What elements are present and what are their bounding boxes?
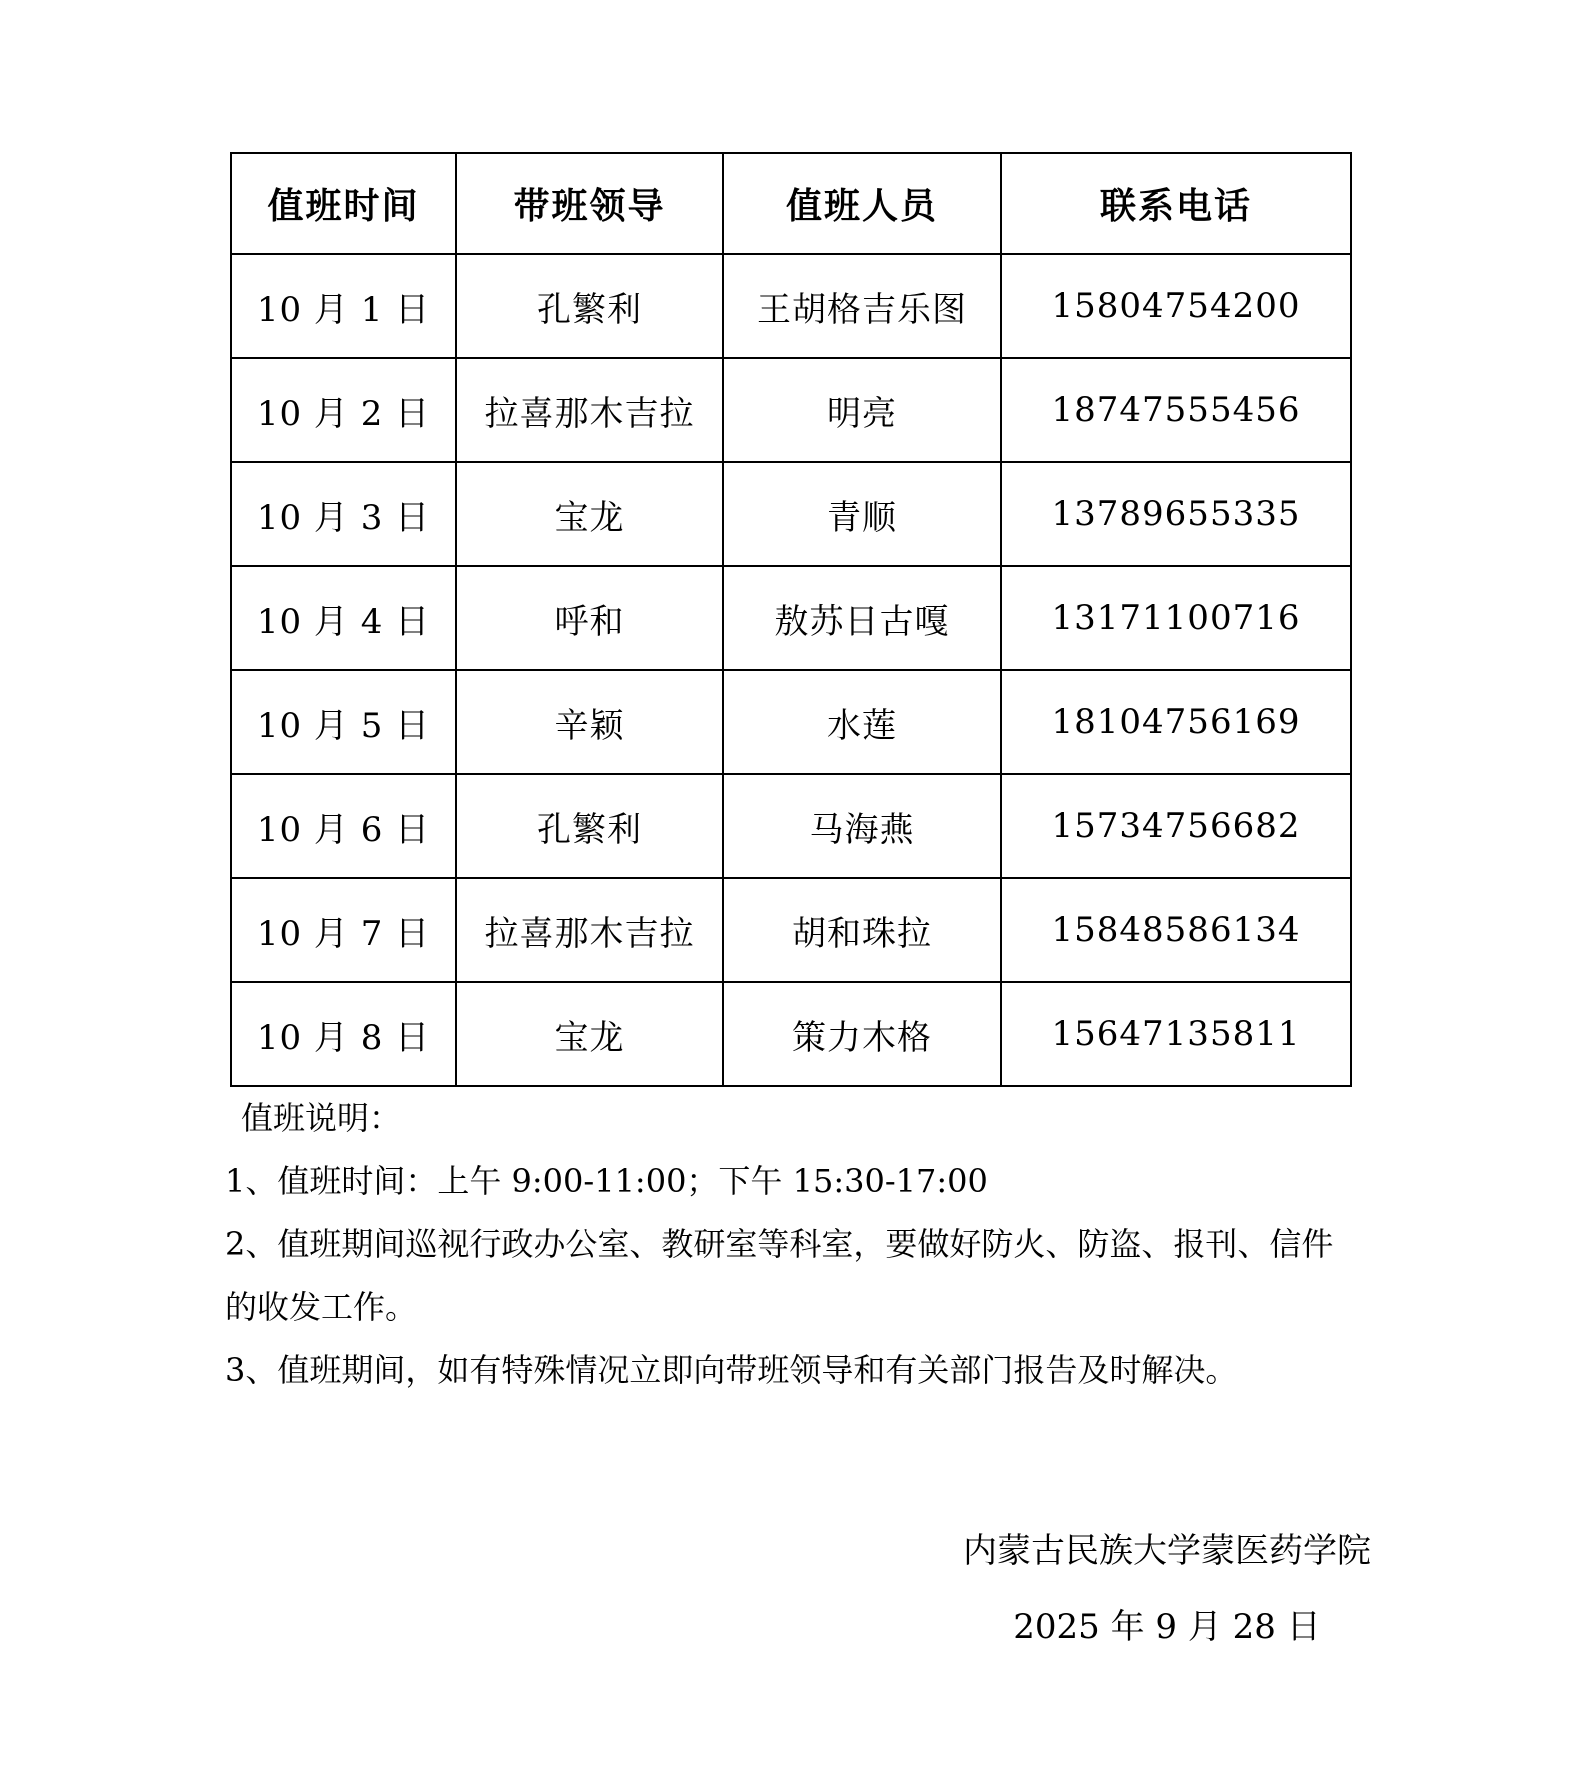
cell-duty-date: 10 月 6 日 — [231, 774, 456, 878]
table-row: 10 月 2 日 拉喜那木吉拉 明亮 18747555456 — [231, 358, 1351, 462]
cell-duty-date: 10 月 7 日 — [231, 878, 456, 982]
cell-contact-phone: 13789655335 — [1001, 462, 1351, 566]
table-row: 10 月 3 日 宝龙 青顺 13789655335 — [231, 462, 1351, 566]
cell-duty-date: 10 月 2 日 — [231, 358, 456, 462]
cell-contact-phone: 15647135811 — [1001, 982, 1351, 1086]
header-duty-person: 值班人员 — [723, 153, 1001, 254]
note-item-2-line-1: 2、值班期间巡视行政办公室、教研室等科室，要做好防火、防盗、报刊、信件 — [225, 1213, 1415, 1276]
table-row: 10 月 5 日 辛颖 水莲 18104756169 — [231, 670, 1351, 774]
cell-contact-phone: 18747555456 — [1001, 358, 1351, 462]
cell-duty-person: 青顺 — [723, 462, 1001, 566]
document-page: 值班时间 带班领导 值班人员 联系电话 10 月 1 日 孔繁利 王胡格吉乐图 … — [0, 0, 1587, 1782]
cell-duty-date: 10 月 4 日 — [231, 566, 456, 670]
cell-contact-phone: 18104756169 — [1001, 670, 1351, 774]
cell-duty-person: 策力木格 — [723, 982, 1001, 1086]
cell-duty-leader: 拉喜那木吉拉 — [456, 358, 723, 462]
cell-duty-date: 10 月 8 日 — [231, 982, 456, 1086]
signature-date: 2025 年 9 月 28 日 — [1013, 1596, 1320, 1659]
cell-duty-person: 胡和珠拉 — [723, 878, 1001, 982]
cell-contact-phone: 15734756682 — [1001, 774, 1351, 878]
note-item-1: 1、值班时间：上午 9:00-11:00；下午 15:30-17:00 — [225, 1150, 1415, 1213]
cell-duty-leader: 孔繁利 — [456, 774, 723, 878]
notes-title: 值班说明： — [225, 1087, 1415, 1150]
header-duty-time: 值班时间 — [231, 153, 456, 254]
cell-duty-leader: 拉喜那木吉拉 — [456, 878, 723, 982]
cell-duty-date: 10 月 1 日 — [231, 254, 456, 358]
cell-duty-date: 10 月 3 日 — [231, 462, 456, 566]
table-row: 10 月 4 日 呼和 敖苏日古嘎 13171100716 — [231, 566, 1351, 670]
cell-duty-person: 明亮 — [723, 358, 1001, 462]
cell-contact-phone: 13171100716 — [1001, 566, 1351, 670]
table-row: 10 月 6 日 孔繁利 马海燕 15734756682 — [231, 774, 1351, 878]
header-duty-leader: 带班领导 — [456, 153, 723, 254]
cell-duty-person: 马海燕 — [723, 774, 1001, 878]
signature-organization: 内蒙古民族大学蒙医药学院 — [963, 1520, 1371, 1583]
cell-duty-leader: 孔繁利 — [456, 254, 723, 358]
cell-duty-leader: 辛颖 — [456, 670, 723, 774]
cell-contact-phone: 15804754200 — [1001, 254, 1351, 358]
cell-duty-leader: 宝龙 — [456, 982, 723, 1086]
cell-duty-leader: 呼和 — [456, 566, 723, 670]
duty-schedule-table: 值班时间 带班领导 值班人员 联系电话 10 月 1 日 孔繁利 王胡格吉乐图 … — [230, 152, 1352, 1087]
table-header-row: 值班时间 带班领导 值班人员 联系电话 — [231, 153, 1351, 254]
note-item-2-line-2: 的收发工作。 — [225, 1276, 1415, 1339]
cell-duty-leader: 宝龙 — [456, 462, 723, 566]
cell-duty-person: 敖苏日古嘎 — [723, 566, 1001, 670]
cell-duty-date: 10 月 5 日 — [231, 670, 456, 774]
duty-notes: 值班说明： 1、值班时间：上午 9:00-11:00；下午 15:30-17:0… — [225, 1087, 1415, 1402]
header-contact-phone: 联系电话 — [1001, 153, 1351, 254]
table-row: 10 月 1 日 孔繁利 王胡格吉乐图 15804754200 — [231, 254, 1351, 358]
cell-contact-phone: 15848586134 — [1001, 878, 1351, 982]
table-row: 10 月 7 日 拉喜那木吉拉 胡和珠拉 15848586134 — [231, 878, 1351, 982]
cell-duty-person: 水莲 — [723, 670, 1001, 774]
table-row: 10 月 8 日 宝龙 策力木格 15647135811 — [231, 982, 1351, 1086]
note-item-3: 3、值班期间，如有特殊情况立即向带班领导和有关部门报告及时解决。 — [225, 1339, 1415, 1402]
cell-duty-person: 王胡格吉乐图 — [723, 254, 1001, 358]
